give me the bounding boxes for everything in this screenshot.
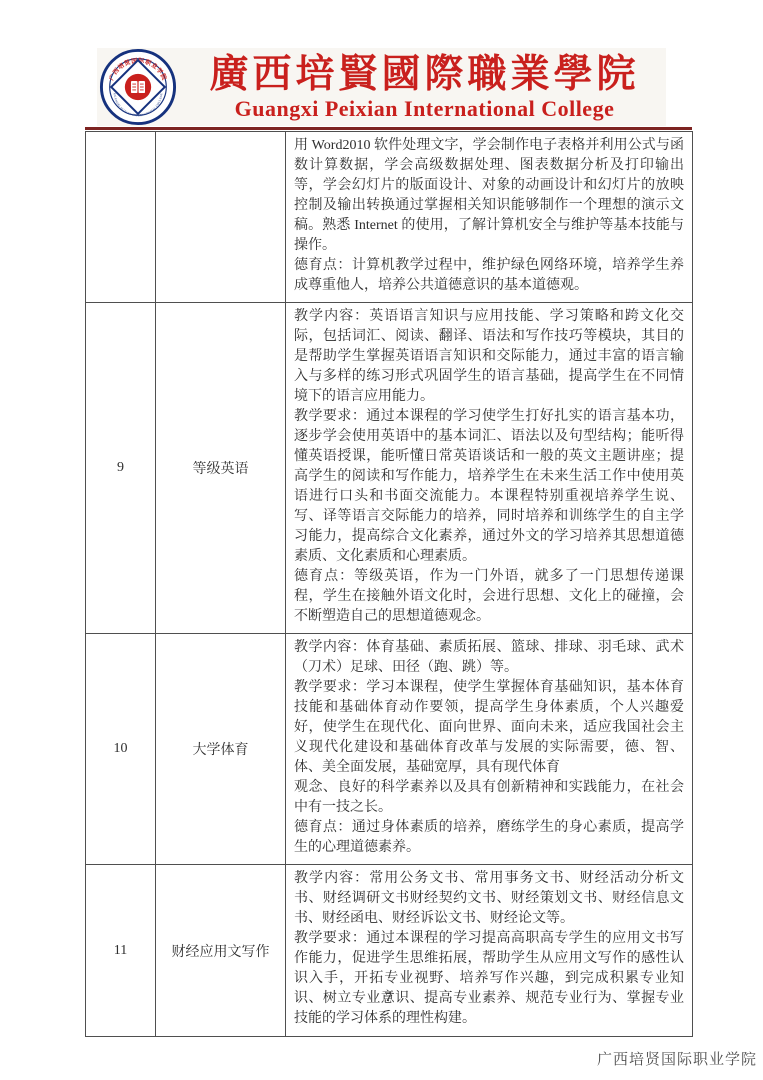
description-paragraph: 教学要求：通过本课程的学习提高高职高专学生的应用文书写作能力，促进学生思维拓展，…: [294, 929, 684, 1029]
row-number-cell: 9: [86, 303, 156, 634]
letterhead: 广西培贤国际职业学院 GUANGXI PEIXIAN INTERNATIONAL…: [97, 48, 666, 126]
description-paragraph: 德育点：等级英语，作为一门外语，就多了一门思想传递课程，学生在接触外语文化时，会…: [294, 567, 684, 627]
footer-college-name: 广西培贤国际职业学院: [597, 1048, 757, 1069]
college-title-chinese: 廣西培賢國際職業學院: [183, 54, 666, 96]
college-titles: 廣西培賢國際職業學院 Guangxi Peixian International…: [177, 54, 666, 119]
table-row: 9等级英语教学内容：英语语言知识与应用技能、学习策略和跨文化交际，包括词汇、阅读…: [86, 303, 693, 634]
description-paragraph: 观念、良好的科学素养以及具有创新精神和实践能力，在社会中有一技之长。: [294, 778, 684, 818]
letterhead-rule: [85, 127, 692, 130]
course-description-cell: 教学内容：英语语言知识与应用技能、学习策略和跨文化交际，包括词汇、阅读、翻译、语…: [286, 303, 693, 634]
description-paragraph: 教学内容：常用公务文书、常用事务文书、财经活动分析文书、财经调研文书财经契约文书…: [294, 869, 684, 929]
description-paragraph: 教学内容：体育基础、素质拓展、篮球、排球、羽毛球、武术（刀术）足球、田径（跑、跳…: [294, 638, 684, 678]
description-paragraph: 教学要求：学习本课程，使学生掌握体育基础知识，基本体育技能和基础体育动作要领，提…: [294, 678, 684, 778]
course-syllabus-table: 用 Word2010 软件处理文字，学会制作电子表格并利用公式与函数计算数据，学…: [85, 131, 693, 1037]
college-logo: 广西培贤国际职业学院 GUANGXI PEIXIAN INTERNATIONAL…: [99, 48, 177, 126]
row-number-cell: [86, 132, 156, 303]
description-paragraph: 教学内容：英语语言知识与应用技能、学习策略和跨文化交际，包括词汇、阅读、翻译、语…: [294, 307, 684, 407]
table-row: 10大学体育教学内容：体育基础、素质拓展、篮球、排球、羽毛球、武术（刀术）足球、…: [86, 634, 693, 865]
table-row: 11财经应用文写作教学内容：常用公务文书、常用事务文书、财经活动分析文书、财经调…: [86, 865, 693, 1037]
course-name-cell: 大学体育: [156, 634, 286, 865]
page-number: 7: [85, 989, 692, 1005]
course-name-cell: 等级英语: [156, 303, 286, 634]
table-row: 用 Word2010 软件处理文字，学会制作电子表格并利用公式与函数计算数据，学…: [86, 132, 693, 303]
course-table-body: 用 Word2010 软件处理文字，学会制作电子表格并利用公式与函数计算数据，学…: [86, 132, 693, 1037]
row-number-cell: 10: [86, 634, 156, 865]
course-description-cell: 教学内容：体育基础、素质拓展、篮球、排球、羽毛球、武术（刀术）足球、田径（跑、跳…: [286, 634, 693, 865]
course-name-cell: 财经应用文写作: [156, 865, 286, 1037]
row-number-cell: 11: [86, 865, 156, 1037]
description-paragraph: 教学要求：通过本课程的学习使学生打好扎实的语言基本功，逐步学会使用英语中的基本词…: [294, 407, 684, 567]
description-paragraph: 德育点：计算机教学过程中，维护绿色网络环境，培养学生养成尊重他人，培养公共道德意…: [294, 256, 684, 296]
course-description-cell: 用 Word2010 软件处理文字，学会制作电子表格并利用公式与函数计算数据，学…: [286, 132, 693, 303]
course-description-cell: 教学内容：常用公务文书、常用事务文书、财经活动分析文书、财经调研文书财经契约文书…: [286, 865, 693, 1037]
course-name-cell: [156, 132, 286, 303]
description-paragraph: 用 Word2010 软件处理文字，学会制作电子表格并利用公式与函数计算数据，学…: [294, 136, 684, 256]
description-paragraph: 德育点：通过身体素质的培养，磨练学生的身心素质，提高学生的心理道德素养。: [294, 818, 684, 858]
college-title-english: Guangxi Peixian International College: [183, 98, 666, 120]
